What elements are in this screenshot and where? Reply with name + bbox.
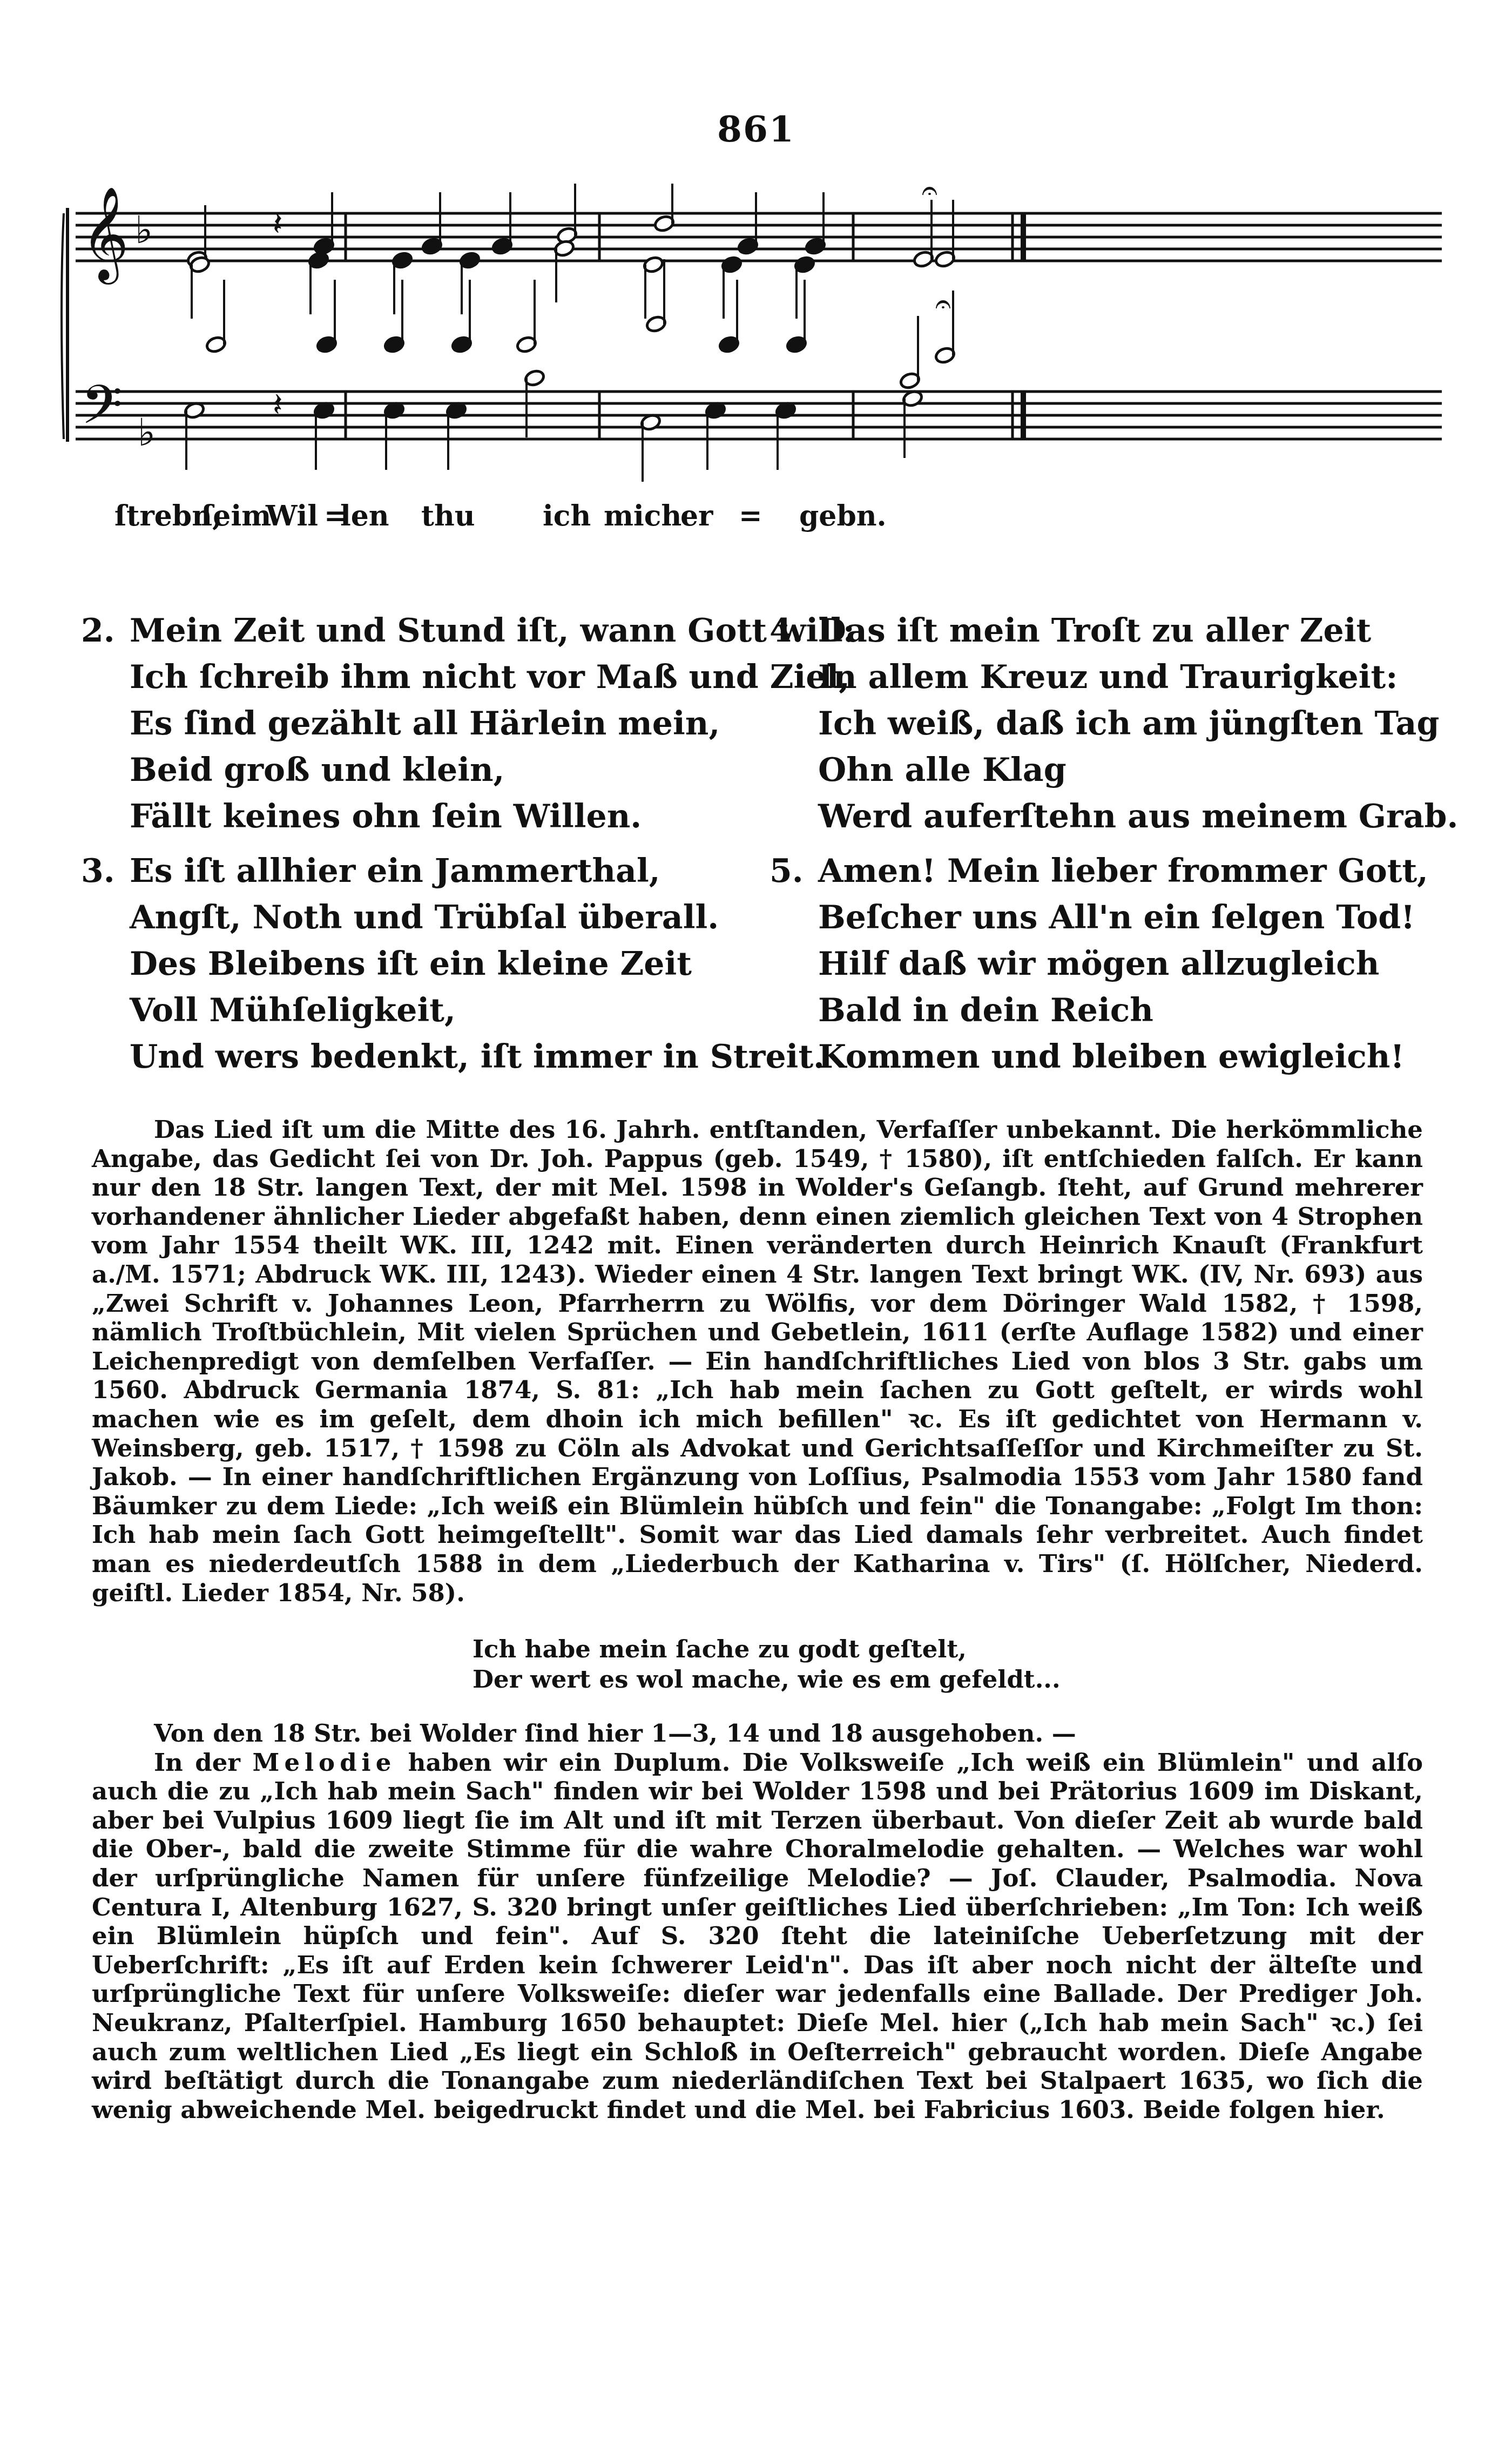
verse-line: Amen! Mein lieber frommer Gott,: [818, 848, 1428, 894]
verse-line: Ohn alle Klag: [818, 747, 1458, 793]
svg-text:𝄞: 𝄞: [81, 186, 129, 285]
svg-text:𝄐: 𝄐: [922, 184, 937, 207]
verse-number: 2.: [81, 608, 115, 654]
melody-lead: In der: [154, 1748, 253, 1777]
svg-text:♭: ♭: [135, 208, 153, 252]
verse-line: Ich weiß, daß ich am jüngſten Tag: [818, 700, 1458, 747]
verse-line: Des Bleibens iſt ein kleine Zeit: [130, 941, 825, 987]
lyric-syllable: len: [340, 500, 389, 532]
lyric-syllable: ſeim: [201, 500, 271, 532]
svg-text:♭: ♭: [138, 410, 156, 455]
verse-line: Ich ſchreib ihm nicht vor Maß und Ziel,: [130, 654, 855, 700]
verse-number: 5.: [769, 848, 804, 894]
verse-line: Mein Zeit und Stund iſt, wann Gott will:: [130, 608, 855, 654]
lyrics-line: ſtrebn, ſeim Wil = len thu ich mich er =…: [0, 500, 1512, 543]
verse-number: 4.: [769, 608, 804, 654]
verse-line: Werd auferſtehn aus meinem Grab.: [818, 793, 1458, 840]
lyric-syllable: Wil: [266, 500, 318, 532]
page-number: 861: [0, 108, 1512, 150]
verse-5: 5. Amen! Mein lieber frommer Gott, Beſch…: [818, 848, 1428, 1080]
verse-line: Beſcher uns All'n ein ſelgen Tod!: [818, 894, 1428, 941]
lyric-syllable: ich: [543, 500, 591, 532]
commentary: Das Lied iſt um die Mitte des 16. Jahrh.…: [92, 1115, 1423, 2124]
quote-line: Der wert es wol mache, wie es em gefeldt…: [473, 1664, 1423, 1695]
quote-line: Ich habe mein ſache zu godt geſtelt,: [473, 1634, 1423, 1664]
verse-line: Es iſt allhier ein Jammerthal,: [130, 848, 825, 894]
commentary-paragraph-strophes: Von den 18 Str. bei Wolder ſind hier 1—3…: [92, 1719, 1423, 1748]
verse-line: Das iſt mein Troſt zu aller Zeit: [818, 608, 1458, 654]
verse-4: 4. Das iſt mein Troſt zu aller Zeit In a…: [818, 608, 1458, 840]
verse-line: Fällt keines ohn ſein Willen.: [130, 793, 855, 840]
lyric-syllable: gebn.: [799, 500, 887, 532]
verse-line: Bald in dein Reich: [818, 987, 1428, 1034]
verse-line: In allem Kreuz und Traurigkeit:: [818, 654, 1458, 700]
verse-line: Voll Mühſeligkeit,: [130, 987, 825, 1034]
lyric-syllable: mich: [604, 500, 681, 532]
commentary-paragraph-history: Das Lied iſt um die Mitte des 16. Jahrh.…: [92, 1115, 1423, 1607]
melody-text: haben wir ein Duplum. Die Volksweiſe „Ic…: [92, 1748, 1423, 2124]
svg-text:𝄐: 𝄐: [935, 288, 951, 320]
verse-line: Und wers bedenkt, iſt immer in Streit.: [130, 1034, 825, 1080]
lyric-syllable: thu: [421, 500, 475, 532]
melody-emphasis: Melodie: [253, 1748, 396, 1777]
music-score: 𝄞𝄢♭♭𝄽𝄽𝄐𝄐: [59, 184, 1442, 508]
verse-line: Kommen und bleiben ewigleich!: [818, 1034, 1428, 1080]
verse-line: Hilf daß wir mögen allzugleich: [818, 941, 1428, 987]
quoted-verse: Ich habe mein ſache zu godt geſtelt, Der…: [473, 1634, 1423, 1695]
lyric-syllable: =: [739, 500, 762, 532]
svg-text:𝄢: 𝄢: [81, 374, 123, 449]
verse-line: Beid groß und klein,: [130, 747, 855, 793]
svg-text:𝄽: 𝄽: [273, 386, 282, 424]
verse-line: Es ſind gezählt all Härlein mein,: [130, 700, 855, 747]
verse-line: Angſt, Noth und Trübſal überall.: [130, 894, 825, 941]
commentary-paragraph-melody: In der Melodie haben wir ein Duplum. Die…: [92, 1748, 1423, 2125]
verse-number: 3.: [81, 848, 115, 894]
verse-2: 2. Mein Zeit und Stund iſt, wann Gott wi…: [130, 608, 855, 840]
svg-text:𝄽: 𝄽: [273, 205, 282, 243]
lyric-syllable: er: [680, 500, 713, 532]
verse-3: 3. Es iſt allhier ein Jammerthal, Angſt,…: [130, 848, 825, 1080]
